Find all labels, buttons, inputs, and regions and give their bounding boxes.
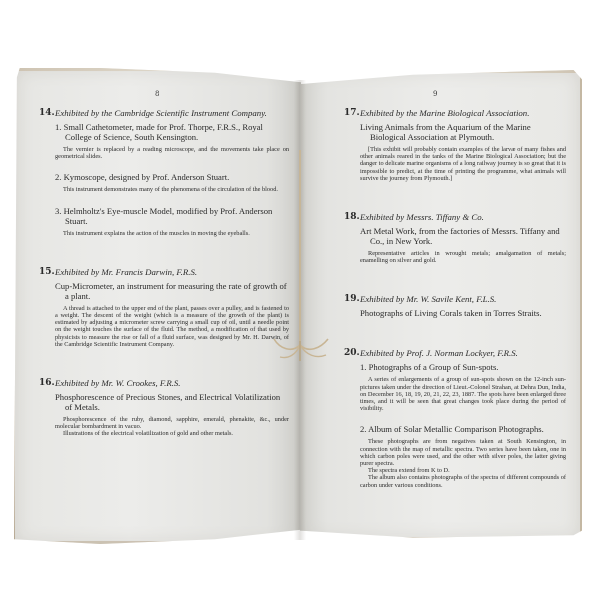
- spacer: [344, 489, 566, 497]
- exhibitor-heading: 19.Exhibited by Mr. W. Savile Kent, F.L.…: [344, 294, 566, 304]
- spacer: [344, 318, 566, 326]
- spacer: [344, 264, 566, 272]
- exhibit-title: 2. Kymoscope, designed by Prof. Anderson…: [55, 172, 289, 182]
- exhibit-entry: 16.Exhibited by Mr. W. Crookes, F.R.S.Ph…: [39, 378, 289, 446]
- entry-number: 20.: [344, 348, 360, 358]
- exhibit-description: Phosphorescence of the ruby, diamond, sa…: [55, 416, 289, 430]
- exhibit-description: The spectra extend from K to D.: [360, 467, 566, 474]
- exhibit-entry: 15.Exhibited by Mr. Francis Darwin, F.R.…: [39, 267, 289, 356]
- exhibitor-name: Exhibited by Mr. Francis Darwin, F.R.S.: [55, 267, 197, 277]
- exhibit-description: The vernier is replaced by a reading mic…: [55, 146, 289, 160]
- left-page-text: 14.Exhibited by the Cambridge Scientific…: [39, 108, 289, 446]
- spacer: [39, 348, 289, 356]
- exhibitor-heading: 14.Exhibited by the Cambridge Scientific…: [39, 108, 289, 118]
- exhibit-title: 3. Helmholtz's Eye-muscle Model, modifie…: [55, 206, 289, 226]
- exhibit-description: A thread is attached to the upper end of…: [55, 305, 289, 348]
- exhibitor-heading: 15.Exhibited by Mr. Francis Darwin, F.R.…: [39, 267, 289, 277]
- exhibit-title: Photographs of Living Corals taken in To…: [360, 308, 566, 318]
- binding-string: [299, 150, 301, 350]
- exhibit-description: Representative articles in wrought metal…: [360, 250, 566, 264]
- page-number: 9: [433, 90, 437, 98]
- page-edge-top: [300, 70, 580, 73]
- entry-number: 14.: [39, 108, 55, 118]
- spacer: [39, 438, 289, 446]
- exhibit-description: This instrument explains the action of t…: [55, 230, 289, 237]
- page-edge-bottom: [15, 541, 301, 544]
- spacer: [344, 182, 566, 190]
- exhibit-title: 1. Photographs of a Group of Sun-spots.: [360, 362, 566, 372]
- exhibit-entry: 18.Exhibited by Messrs. Tiffany & Co.Art…: [344, 212, 566, 272]
- spacer: [39, 194, 289, 202]
- spacer: [39, 237, 289, 245]
- exhibit-title: Phosphorescence of Precious Stones, and …: [55, 392, 289, 412]
- exhibitor-name: Exhibited by the Cambridge Scientific In…: [55, 108, 267, 118]
- exhibit-entry: 20.Exhibited by Prof. J. Norman Lockyer,…: [344, 348, 566, 496]
- exhibit-title: 1. Small Cathetometer, made for Prof. Th…: [55, 122, 289, 142]
- page-edge-bottom: [300, 537, 580, 540]
- entry-number: 15.: [39, 267, 55, 277]
- exhibit-title: 2. Album of Solar Metallic Comparison Ph…: [360, 424, 566, 434]
- exhibit-title: Living Animals from the Aquarium of the …: [360, 122, 566, 142]
- exhibit-description: This instrument demonstrates many of the…: [55, 186, 289, 193]
- binding-string-knot-icon: [270, 335, 332, 363]
- spacer: [39, 245, 289, 267]
- exhibit-entry: 19.Exhibited by Mr. W. Savile Kent, F.L.…: [344, 294, 566, 326]
- entry-number: 16.: [39, 378, 55, 388]
- exhibitor-name: Exhibited by the Marine Biological Assoc…: [360, 108, 529, 118]
- exhibitor-heading: 16.Exhibited by Mr. W. Crookes, F.R.S.: [39, 378, 289, 388]
- spacer: [39, 160, 289, 168]
- exhibit-title: Art Metal Work, from the factories of Me…: [360, 226, 566, 246]
- exhibitor-name: Exhibited by Mr. W. Savile Kent, F.L.S.: [360, 294, 496, 304]
- exhibitor-heading: 20.Exhibited by Prof. J. Norman Lockyer,…: [344, 348, 566, 358]
- exhibit-description: Illustrations of the electrical volatili…: [55, 430, 289, 437]
- page-edge-top: [15, 68, 301, 71]
- left-page: 8 14.Exhibited by the Cambridge Scientif…: [14, 68, 301, 544]
- spacer: [344, 412, 566, 420]
- exhibitor-heading: 18.Exhibited by Messrs. Tiffany & Co.: [344, 212, 566, 222]
- exhibit-description: The album also contains photographs of t…: [360, 474, 566, 488]
- open-pamphlet: 8 14.Exhibited by the Cambridge Scientif…: [0, 0, 600, 600]
- spacer: [344, 272, 566, 294]
- spacer: [39, 356, 289, 378]
- exhibit-description: These photographs are from negatives tak…: [360, 438, 566, 467]
- exhibit-title: Cup-Micrometer, an instrument for measur…: [55, 281, 289, 301]
- right-page: 9 17.Exhibited by the Marine Biological …: [300, 70, 582, 540]
- entry-number: 19.: [344, 294, 360, 304]
- exhibit-description: [This exhibit will probably contain exam…: [360, 146, 566, 182]
- exhibitor-name: Exhibited by Prof. J. Norman Lockyer, F.…: [360, 348, 518, 358]
- exhibit-description: A series of enlargements of a group of s…: [360, 376, 566, 412]
- exhibitor-name: Exhibited by Messrs. Tiffany & Co.: [360, 212, 484, 222]
- exhibit-entry: 14.Exhibited by the Cambridge Scientific…: [39, 108, 289, 245]
- page-number: 8: [155, 90, 159, 98]
- exhibitor-heading: 17.Exhibited by the Marine Biological As…: [344, 108, 566, 118]
- right-page-text: 17.Exhibited by the Marine Biological As…: [344, 108, 566, 497]
- entry-number: 18.: [344, 212, 360, 222]
- exhibitor-name: Exhibited by Mr. W. Crookes, F.R.S.: [55, 378, 181, 388]
- entry-number: 17.: [344, 108, 360, 118]
- spacer: [344, 190, 566, 212]
- spacer: [344, 326, 566, 348]
- exhibit-entry: 17.Exhibited by the Marine Biological As…: [344, 108, 566, 190]
